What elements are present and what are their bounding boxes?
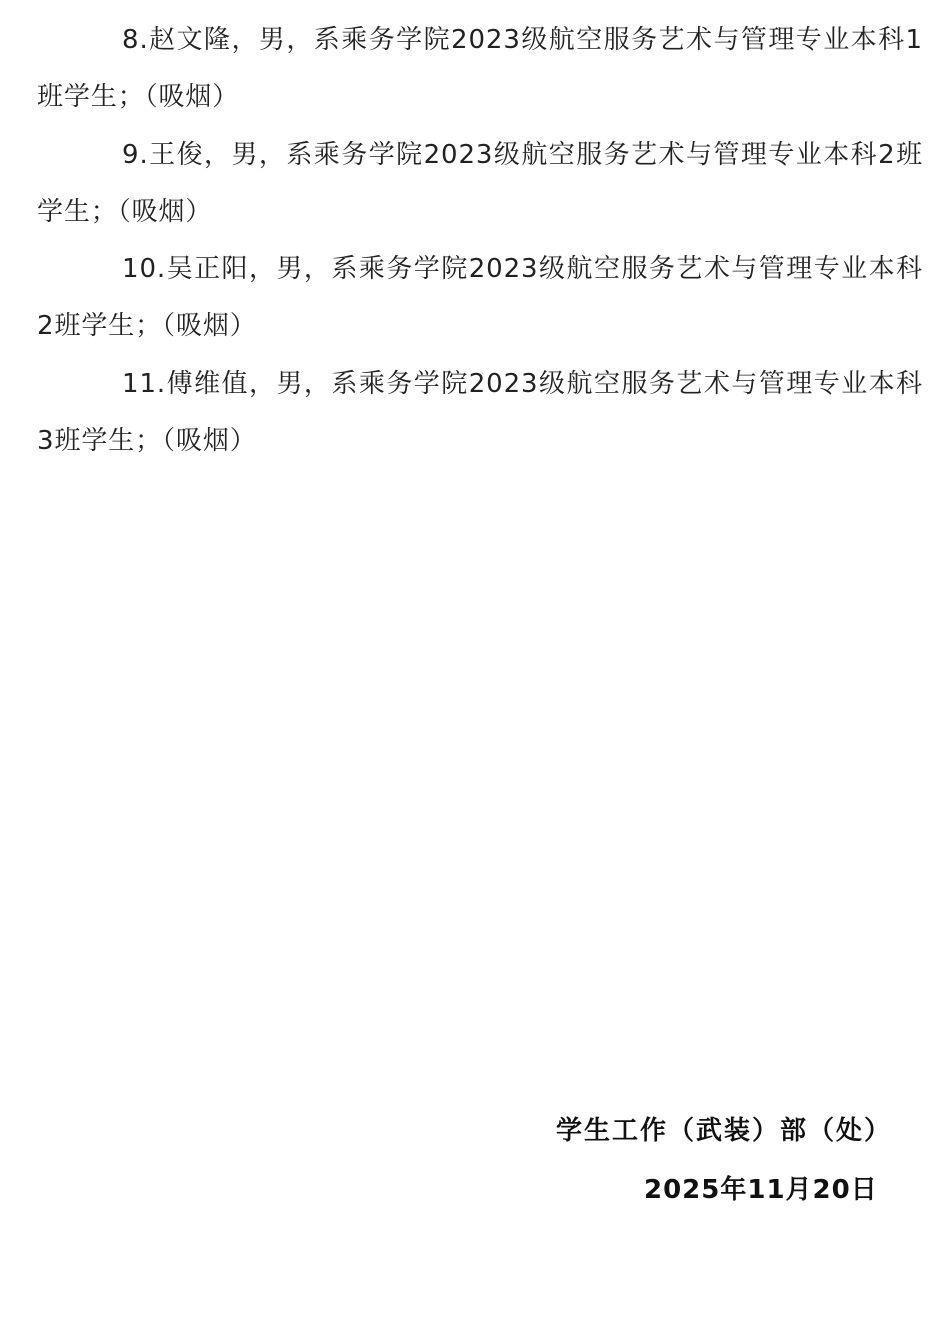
signature-date: 2025年11月20日 — [644, 1169, 878, 1206]
list-item-11: 11.傅维值，男，系乘务学院2023级航空服务艺术与管理专业本科3班学生；（吸烟… — [37, 356, 923, 471]
document-body: 8.赵文隆，男，系乘务学院2023级航空服务艺术与管理专业本科1班学生；（吸烟）… — [37, 12, 923, 470]
list-item-8: 8.赵文隆，男，系乘务学院2023级航空服务艺术与管理专业本科1班学生；（吸烟） — [37, 12, 923, 127]
list-item-9: 9.王俊，男，系乘务学院2023级航空服务艺术与管理专业本科2班学生；（吸烟） — [37, 127, 923, 242]
signature-department: 学生工作（武装）部（处） — [556, 1110, 892, 1147]
list-item-10: 10.吴正阳，男，系乘务学院2023级航空服务艺术与管理专业本科2班学生；（吸烟… — [37, 241, 923, 356]
